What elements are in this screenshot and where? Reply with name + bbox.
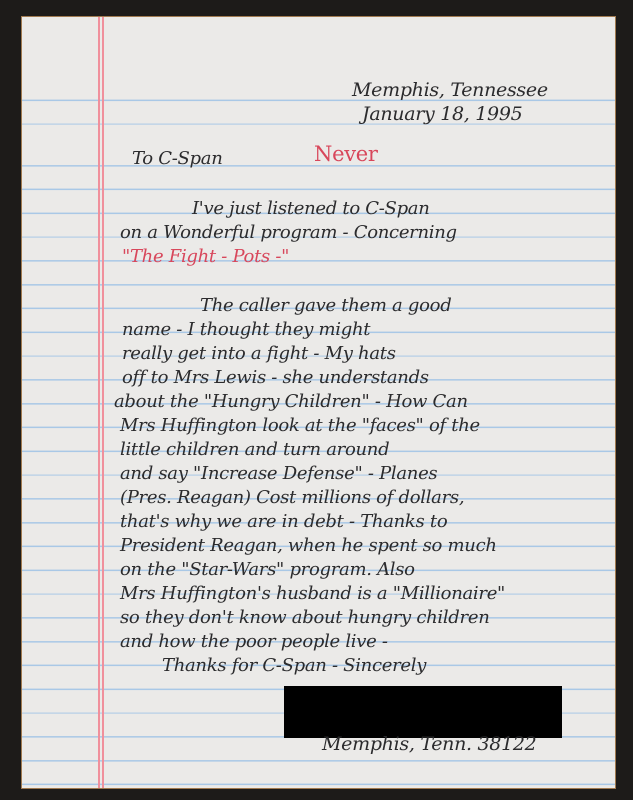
letter-page: Memphis, Tennessee January 18, 1995 To C…: [21, 16, 616, 789]
para2-line5: about the "Hungry Children" - How Can: [114, 390, 468, 414]
para2-line3: really get into a fight - My hats: [122, 342, 396, 366]
salutation: To C-Span: [132, 147, 223, 171]
para1-line2: on a Wonderful program - Concerning: [120, 221, 457, 245]
para1-line1: I've just listened to C-Span: [192, 197, 430, 221]
margin-line-left: [98, 17, 100, 788]
margin-line-right: [102, 17, 104, 788]
para2-line14: so they don't know about hungry children: [120, 606, 489, 630]
para2-line15: and how the poor people live -: [120, 630, 388, 654]
para2-line9: (Pres. Reagan) Cost millions of dollars,: [120, 486, 464, 510]
header-location: Memphis, Tennessee: [352, 79, 548, 103]
header-date: January 18, 1995: [362, 103, 522, 127]
para2-line10: that's why we are in debt - Thanks to: [120, 510, 447, 534]
para2-line8: and say "Increase Defense" - Planes: [120, 462, 437, 486]
red-annotation: Never: [314, 143, 378, 167]
para2-line12: on the "Star-Wars" program. Also: [120, 558, 415, 582]
para2-line1: The caller gave them a good: [200, 294, 451, 318]
para2-line13: Mrs Huffington's husband is a "Millionai…: [120, 582, 505, 606]
para2-line6: Mrs Huffington look at the "faces" of th…: [120, 414, 480, 438]
signature-redaction: [284, 686, 562, 738]
para2-line4: off to Mrs Lewis - she understands: [122, 366, 429, 390]
footer-address: Memphis, Tenn. 38122: [322, 733, 536, 757]
closing: Thanks for C-Span - Sincerely: [162, 654, 426, 678]
para1-line3-program-title: "The Fight - Pots -": [122, 245, 289, 269]
para2-line11: President Reagan, when he spent so much: [120, 534, 497, 558]
para2-line7: little children and turn around: [120, 438, 389, 462]
para2-line2: name - I thought they might: [122, 318, 370, 342]
